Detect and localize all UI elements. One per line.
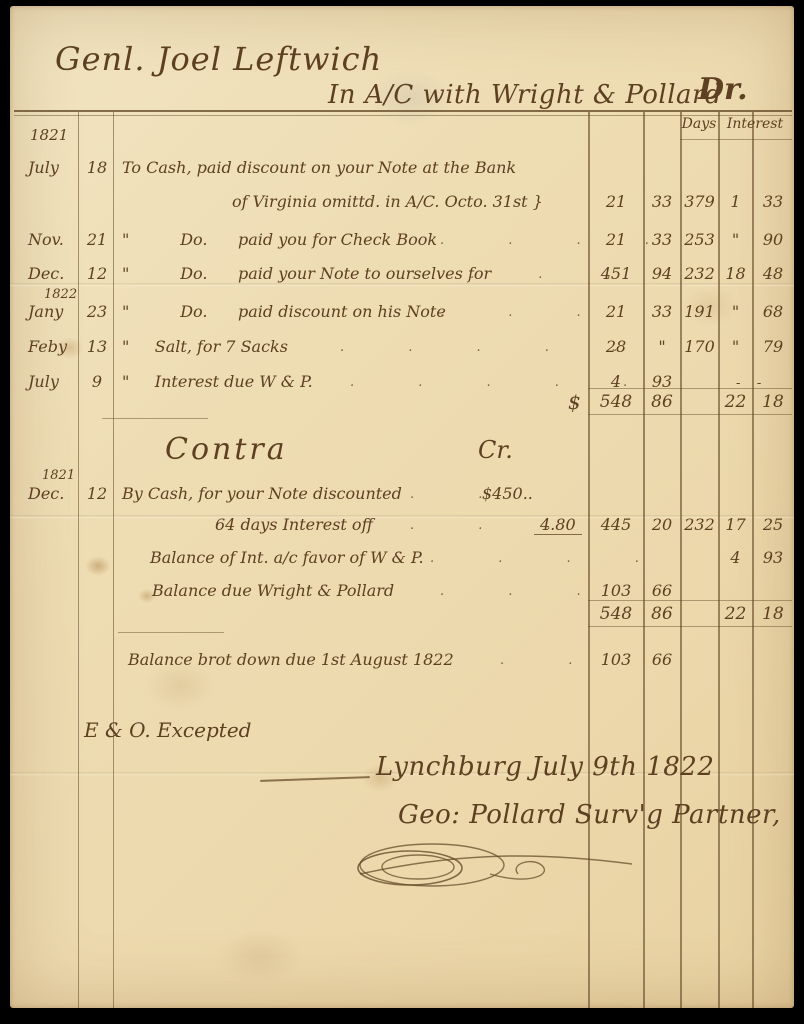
amount-cents: 66 <box>645 650 679 669</box>
interest-dollars: 1 <box>720 192 751 211</box>
amount-dollars: 103 <box>590 650 642 669</box>
entry-day: 23 <box>82 302 112 321</box>
ledger-row: Nov. 21 " Do. paid you for Check Book . … <box>10 230 794 258</box>
entry-description: " Interest due W & P. <box>122 372 313 391</box>
signature-flourish <box>340 834 640 904</box>
entry-month: Dec. <box>28 264 84 283</box>
days-value: 191 <box>682 302 717 321</box>
contra-total-row: 548 86 22 18 <box>10 604 794 632</box>
interest-dollars: " <box>720 230 751 249</box>
entry-day: 13 <box>82 337 112 356</box>
debit-total-row: $ 548 86 22 18 <box>10 392 794 420</box>
total-interest-cents: 18 <box>754 392 792 412</box>
entry-description: Balance of Int. a/c favor of W & P. <box>150 548 424 567</box>
ledger-row: Feby 13 " Salt, for 7 Sacks . . . . . 28… <box>10 337 794 365</box>
document-scan: Genl. Joel Leftwich In A/C with Wright &… <box>0 0 804 1024</box>
days-value: 253 <box>682 230 717 249</box>
header-rule <box>14 110 792 112</box>
entry-day: 21 <box>82 230 112 249</box>
amount-dollars: 445 <box>590 515 642 534</box>
interest-dollars: 17 <box>720 515 751 534</box>
contra-row: Balance of Int. a/c favor of W & P. . . … <box>10 548 794 576</box>
interest-cents: 25 <box>754 515 792 534</box>
entry-day: 9 <box>82 372 112 391</box>
entry-description: " Do. paid your Note to ourselves for <box>122 264 491 283</box>
amount-dollars: 21 <box>590 230 642 249</box>
entry-day: 12 <box>82 264 112 283</box>
amount-dollars: 28 <box>590 337 642 356</box>
place-and-date: Lynchburg July 9th 1822 <box>376 752 714 782</box>
section-end-rule <box>102 418 208 419</box>
interest-cents: 33 <box>754 192 792 211</box>
days-value: 379 <box>682 192 717 211</box>
total-interest-dollars: 22 <box>720 604 751 624</box>
balance-row: Balance brot down due 1st August 1822 . … <box>10 650 794 678</box>
total-rule-bottom <box>588 626 792 627</box>
ledger-row-continuation: of Virginia omittd. in A/C. Octo. 31st }… <box>10 192 794 220</box>
amount-cents: 20 <box>645 515 679 534</box>
interest-dollars: 4 <box>720 548 751 567</box>
amount-cents: " <box>645 337 679 356</box>
entry-month: July <box>28 158 84 177</box>
days-value: 232 <box>682 515 717 534</box>
interest-cents: 93 <box>754 548 792 567</box>
debit-year: 1821 <box>30 126 68 144</box>
column-header-underline <box>680 139 792 140</box>
header-rule-2 <box>14 115 792 116</box>
amount-dollars: 21 <box>590 302 642 321</box>
total-rule-top <box>588 600 792 601</box>
days-column-header: Days <box>681 116 717 132</box>
total-rule-top <box>588 388 792 389</box>
contra-row: 64 days Interest off . . . 4.80 445 20 2… <box>10 515 794 543</box>
total-interest-cents: 18 <box>754 604 792 624</box>
days-value: 232 <box>682 264 717 283</box>
interest-cents: 68 <box>754 302 792 321</box>
entry-month: July <box>28 372 84 391</box>
entry-description: " Do. paid you for Check Book <box>122 230 437 249</box>
dot-leader: . . . <box>440 584 611 599</box>
entry-description-2: of Virginia omittd. in A/C. Octo. 31st } <box>232 192 543 211</box>
interest-cents: 79 <box>754 337 792 356</box>
interest-column-header: Interest <box>718 116 792 132</box>
inline-amount-underlined: 4.80 <box>534 515 582 535</box>
total-interest-dollars: 22 <box>720 392 751 412</box>
entry-description: Balance brot down due 1st August 1822 <box>128 650 454 669</box>
entry-month: Feby <box>28 337 84 356</box>
entry-description: " Do. paid discount on his Note <box>122 302 446 321</box>
ledger-row: July 18 To Cash, paid discount on your N… <box>10 158 794 186</box>
errors-omissions-note: E & O. Excepted <box>84 718 251 742</box>
amount-cents: 33 <box>645 230 679 249</box>
amount-dollars: 451 <box>590 264 642 283</box>
ledger-row: Dec. 12 " Do. paid your Note to ourselve… <box>10 264 794 292</box>
amount-cents: 33 <box>645 192 679 211</box>
amount-cents: 33 <box>645 302 679 321</box>
pen-flourish <box>260 776 370 782</box>
contra-year: 1821 <box>42 468 75 483</box>
entry-month: Dec. <box>28 484 84 503</box>
contra-row: Dec. 12 By Cash, for your Note discounte… <box>10 484 794 512</box>
cr-label: Cr. <box>478 436 513 464</box>
days-value: 170 <box>682 337 717 356</box>
total-dollars: 548 <box>590 392 642 412</box>
account-holder-title: Genl. Joel Leftwich <box>55 40 382 78</box>
entry-description: By Cash, for your Note discounted <box>122 484 402 503</box>
dot-leader: . . <box>500 653 602 668</box>
amount-cents: 66 <box>645 581 679 600</box>
entry-day: 18 <box>82 158 112 177</box>
amount-dollars: 103 <box>590 581 642 600</box>
interest-dollars: 18 <box>720 264 751 283</box>
entry-month: Nov. <box>28 230 84 249</box>
dr-label: Dr. <box>698 72 748 107</box>
interest-cents: 48 <box>754 264 792 283</box>
inline-amount: $450.. <box>482 484 533 503</box>
entry-description: 64 days Interest off <box>215 515 373 534</box>
amount-cents: 94 <box>645 264 679 283</box>
dot-leader: . . . <box>440 305 611 320</box>
dot-leader: . . . . <box>440 233 679 248</box>
interest-dollars: " <box>720 302 751 321</box>
section-end-rule <box>118 632 224 633</box>
currency-sign: $ <box>568 390 581 414</box>
entry-day: 12 <box>82 484 112 503</box>
entry-description: " Salt, for 7 Sacks <box>122 337 288 356</box>
account-with-title: In A/C with Wright & Pollard <box>328 80 722 110</box>
total-dollars: 548 <box>590 604 642 624</box>
contra-heading: Contra <box>165 432 288 467</box>
total-cents: 86 <box>645 392 679 412</box>
amount-dollars: 21 <box>590 192 642 211</box>
total-cents: 86 <box>645 604 679 624</box>
entry-description: Balance due Wright & Pollard <box>152 581 394 600</box>
interest-dollars: " <box>720 337 751 356</box>
dot-leader: . . . . <box>430 551 669 566</box>
interest-cents: 90 <box>754 230 792 249</box>
ledger-row: Jany 23 " Do. paid discount on his Note … <box>10 302 794 330</box>
total-rule-bottom <box>588 414 792 415</box>
year-note: 1822 <box>44 287 77 302</box>
signature: Geo: Pollard Surv'g Partner, <box>398 800 781 830</box>
entry-month: Jany <box>28 302 84 321</box>
entry-description: To Cash, paid discount on your Note at t… <box>122 158 516 177</box>
ledger-paper: Genl. Joel Leftwich In A/C with Wright &… <box>10 6 794 1008</box>
